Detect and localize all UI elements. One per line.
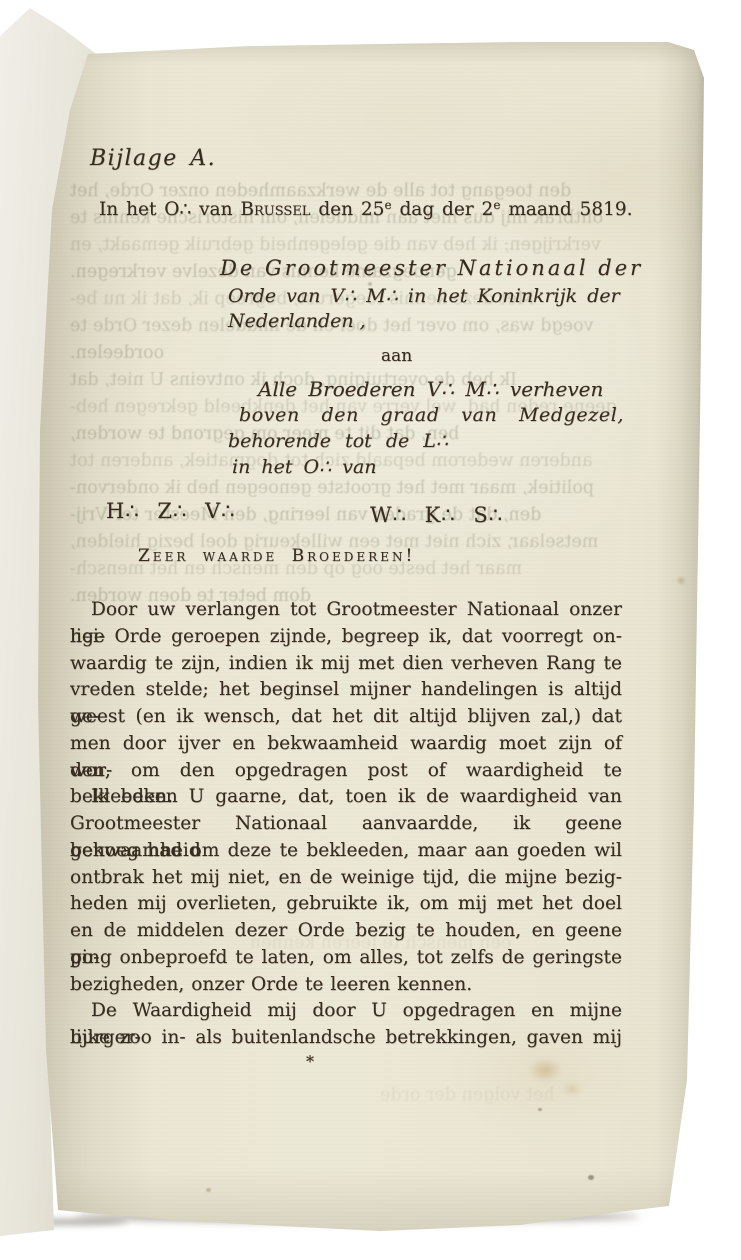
sender-line: De Grootmeester Nationaal der xyxy=(220,256,643,280)
showthrough-line: oordeelen. xyxy=(70,340,622,366)
recipient-line: behorende tot de L∴ xyxy=(228,430,448,452)
dust-speck xyxy=(368,282,372,286)
showthrough-line: verkrijgen; ik heb van die gelegenheid g… xyxy=(70,232,622,258)
body-text: Door uw verlangen tot Grootmeester Natio… xyxy=(70,597,622,1052)
showthrough-line: politiek, maar met het grootste genoegen… xyxy=(70,475,622,501)
body-line: lige Orde geroepen zijnde, begreep ik, d… xyxy=(70,624,622,651)
dust-speck xyxy=(206,1188,211,1192)
body-line: Door uw verlangen tot Grootmeester Natio… xyxy=(70,597,622,624)
body-line: weest (en ik wensch, dat het dit altijd … xyxy=(70,704,622,731)
body-line: De Waardigheid mij door U opgedragen en … xyxy=(70,998,622,1025)
lodge-sigla-right: W∴ K∴ S∴ xyxy=(370,503,503,527)
photo-background: den toegang tot alle de werkzaamheden on… xyxy=(0,0,741,1260)
foxing-stain xyxy=(676,576,686,585)
foxing-stain xyxy=(528,1058,562,1082)
dateline-place: Brussel xyxy=(240,199,310,220)
book-page: den toegang tot alle de werkzaamheden on… xyxy=(0,0,741,1260)
signature-mark: * xyxy=(306,1052,314,1071)
body-line: ontbrak het mij niet, en de weinige tijd… xyxy=(70,865,622,892)
body-line: Grootmeester Nationaal aanvaardde, ik ge… xyxy=(70,811,622,838)
dateline-part: dag der 2 xyxy=(392,199,494,220)
sender-line: Orde van V∴ M∴ in het Koninkrijk der xyxy=(228,285,620,307)
appendix-label: Bijlage A. xyxy=(90,146,216,171)
recipient-line: Alle Broederen V∴ M∴ verheven xyxy=(258,377,603,401)
body-line: heden mij overlieten, gebruikte ik, om m… xyxy=(70,891,622,918)
ordinal-superscript: e xyxy=(384,198,391,212)
lodge-sigla-left: H∴ Z∴ V∴ xyxy=(106,499,236,523)
body-line: lijke zoo in- als buitenlandsche betrekk… xyxy=(70,1025,622,1052)
body-line: genoeg had om deze te bekleeden, maar aa… xyxy=(70,838,622,865)
dust-speck xyxy=(588,1175,594,1180)
body-line: den, om den opgedragen post of waardighe… xyxy=(70,758,622,785)
body-line: waardig te zijn, indien ik mij met dien … xyxy=(70,651,622,678)
sender-line: Nederlanden , xyxy=(228,310,366,332)
dateline-part: maand 5819. xyxy=(500,199,632,220)
body-line: ging onbeproefd te laten, om alles, tot … xyxy=(70,945,622,972)
recipient-line: boven den graad van Medgezel, xyxy=(239,404,624,426)
showthrough-line: het volgen der orde xyxy=(380,1082,620,1108)
dateline: In het O∴ van Brussel den 25e dag der 2e… xyxy=(99,198,633,220)
dateline-part: In het O∴ van xyxy=(99,199,240,220)
aan-word: aan xyxy=(381,346,412,366)
salutation: Zeer waarde Broederen! xyxy=(138,546,415,566)
body-line: bezigheden, onzer Orde te leeren kennen. xyxy=(70,972,622,999)
body-line: en de middelen dezer Orde bezig te houde… xyxy=(70,918,622,945)
dateline-part: den 25 xyxy=(310,199,384,220)
body-line: men door ijver en bekwaamheid waardig mo… xyxy=(70,731,622,758)
dust-speck xyxy=(538,1108,542,1111)
body-line: Ik beken U gaarne, dat, toen ik de waard… xyxy=(70,784,622,811)
body-line: vreden stelde; het beginsel mijner hande… xyxy=(70,677,622,704)
recipient-line: in het O∴ van xyxy=(232,456,377,478)
foxing-stain xyxy=(562,1082,582,1096)
